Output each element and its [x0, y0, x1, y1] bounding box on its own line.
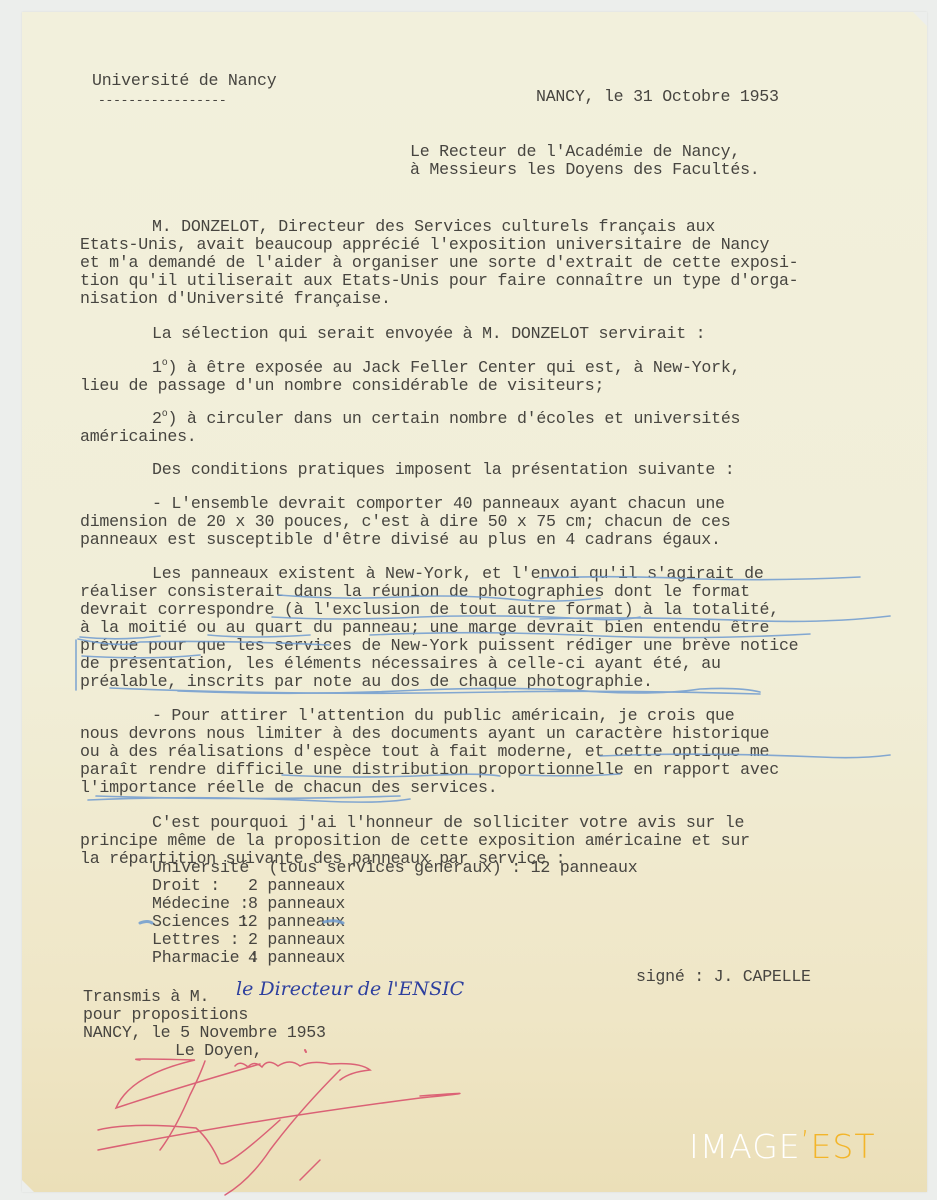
service-name: Pharmacie :: [152, 948, 259, 967]
imagest-watermark: IMAGE’EST: [689, 1127, 876, 1166]
panel-count: 8 panneaux: [248, 895, 345, 913]
body-line: préalable, inscrits par note au dos de c…: [80, 673, 653, 691]
service-name: Médecine :: [152, 894, 249, 913]
letter-date: NANCY, le 31 Octobre 1953: [536, 88, 779, 106]
body-line: Les panneaux existent à New-York, et l'e…: [152, 565, 764, 583]
body-line: ou à des réalisations d'espèce tout à fa…: [80, 743, 769, 761]
service-name: Lettres :: [152, 930, 239, 949]
body-line: Etats-Unis, avait beaucoup apprécié l'ex…: [80, 236, 769, 254]
body-line: - Pour attirer l'attention du public amé…: [152, 707, 734, 725]
body-line: paraît rendre difficile une distribution…: [80, 761, 779, 779]
body-line: l'importance réelle de chacun des servic…: [80, 779, 497, 797]
body-line: - L'ensemble devrait comporter 40 pannea…: [152, 495, 725, 513]
item-number: 1: [152, 358, 162, 377]
allocation-row: Université (tous services généraux) : 12…: [152, 859, 637, 877]
body-line: dimension de 20 x 30 pouces, c'est à dir…: [80, 513, 730, 531]
institution-underline: -----------------: [98, 92, 226, 110]
allocation-row: Sciences :: [152, 913, 249, 931]
body-line: C'est pourquoi j'ai l'honneur de sollici…: [152, 814, 744, 832]
transmittal-date: NANCY, le 5 Novembre 1953: [83, 1024, 326, 1042]
body-line: M. DONZELOT, Directeur des Services cult…: [152, 218, 715, 236]
allocation-row: Droit :: [152, 877, 220, 895]
body-line: de présentation, les éléments nécessaire…: [80, 655, 721, 673]
body-line: et m'a demandé de l'aider à organiser un…: [80, 254, 798, 272]
panel-count: 12 panneaux: [238, 913, 345, 931]
handwritten-recipient: le Directeur de l'ENSIC: [236, 978, 464, 1000]
folded-corner: [22, 1180, 34, 1192]
item-text: ) à circuler dans un certain nombre d'éc…: [167, 409, 740, 428]
degree-mark: o: [162, 358, 168, 369]
institution-name: Université de Nancy: [92, 72, 276, 90]
watermark-text: IMAGE: [689, 1127, 801, 1166]
panel-count: 2 panneaux: [248, 877, 345, 895]
service-name: Université (tous services généraux) :: [152, 858, 521, 877]
body-line: devrait correspondre (à l'exclusion de t…: [80, 601, 779, 619]
body-line: La sélection qui serait envoyée à M. DON…: [152, 325, 705, 343]
body-line: principe même de la proposition de cette…: [80, 832, 750, 850]
panel-count: 4 panneaux: [248, 949, 345, 967]
service-name: Sciences :: [152, 912, 249, 931]
transmittal-signatory: Le Doyen,: [175, 1042, 262, 1060]
body-line: tion qu'il utiliserait aux Etats-Unis po…: [80, 272, 798, 290]
body-line: nous devrons nous limiter à des document…: [80, 725, 769, 743]
list-item: 2o) à circuler dans un certain nombre d'…: [152, 410, 740, 431]
body-line: Des conditions pratiques imposent la pré…: [152, 461, 734, 479]
transmittal-line: Transmis à M.: [83, 988, 209, 1006]
watermark-text-accent: EST: [811, 1127, 876, 1166]
body-line: nisation d'Université française.: [80, 290, 391, 308]
panel-count: 2 panneaux: [248, 931, 345, 949]
allocation-row: Médecine :: [152, 895, 249, 913]
sender-line: Le Recteur de l'Académie de Nancy,: [410, 143, 740, 161]
body-line: réaliser consisterait dans la réunion de…: [80, 583, 750, 601]
item-number: 2: [152, 409, 162, 428]
recipient-line: à Messieurs les Doyens des Facultés.: [410, 161, 759, 179]
body-line: américaines.: [80, 428, 197, 446]
item-text: ) à être exposée au Jack Feller Center q…: [167, 358, 740, 377]
panel-count: 12 panneaux: [531, 858, 638, 877]
watermark-apostrophe: ’: [801, 1124, 811, 1157]
body-line: à la moitié ou au quart du panneau; une …: [80, 619, 769, 637]
service-name: Droit :: [152, 876, 220, 895]
signature-line: signé : J. CAPELLE: [636, 968, 811, 986]
allocation-row: Pharmacie :: [152, 949, 259, 967]
degree-mark: o: [162, 409, 168, 420]
transmittal-line: pour propositions: [83, 1006, 248, 1024]
allocation-row: Lettres :: [152, 931, 239, 949]
folded-corner: [913, 12, 927, 26]
body-line: lieu de passage d'un nombre considérable…: [80, 377, 604, 395]
body-line: panneaux est susceptible d'être divisé a…: [80, 531, 721, 549]
body-line: prévue pour que les services de New-York…: [80, 637, 798, 655]
